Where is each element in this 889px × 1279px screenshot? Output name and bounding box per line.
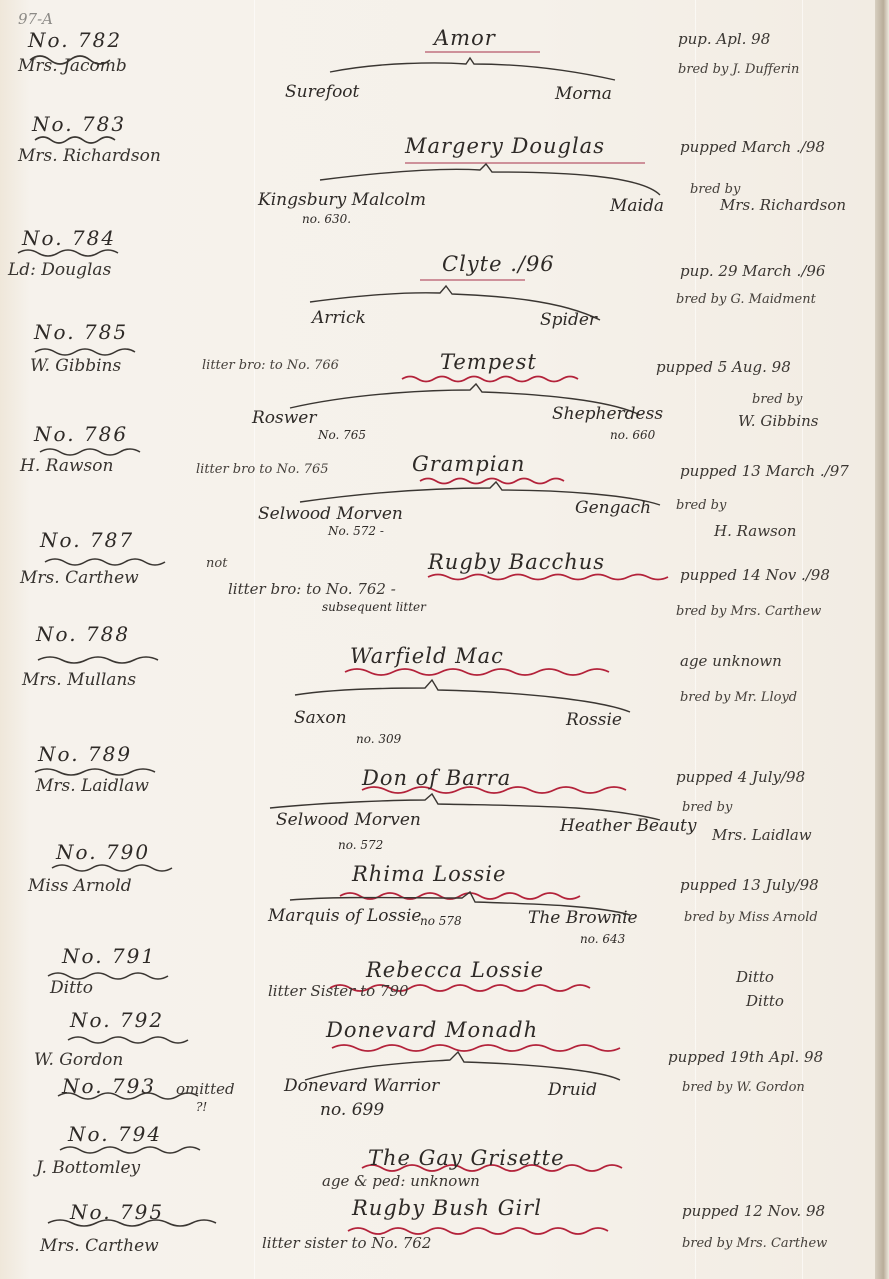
breeder-note: bred by Miss Arnold bbox=[684, 910, 818, 925]
sire-number: No. 572 - bbox=[328, 524, 384, 538]
owner: Mrs. Carthew bbox=[40, 1236, 159, 1256]
owner: Mrs. Mullans bbox=[22, 670, 136, 690]
litter-note-prefix: not bbox=[206, 556, 227, 571]
folio-number: 97-A bbox=[18, 10, 53, 28]
breeder-note: bred by Mrs. Carthew bbox=[682, 1236, 827, 1251]
whelp-note: pupped 5 Aug. 98 bbox=[656, 358, 791, 376]
whelp-note: pupped 19th Apl. 98 bbox=[668, 1048, 823, 1066]
breeder-note: bred by Mrs. Carthew bbox=[676, 604, 821, 619]
owner: W. Gibbins bbox=[30, 356, 121, 376]
age-note: age & ped: unknown bbox=[322, 1172, 480, 1190]
dog-name: Rhima Lossie bbox=[352, 862, 506, 886]
litter-note: litter bro: to No. 766 bbox=[202, 358, 339, 373]
sire: Selwood Morven bbox=[258, 504, 403, 524]
sire-number: no. 309 bbox=[356, 732, 401, 746]
breeder-note: bred by J. Dufferin bbox=[678, 62, 799, 77]
sire: Donevard Warrior bbox=[284, 1076, 439, 1096]
dam: Druid bbox=[548, 1080, 597, 1100]
dog-name: Tempest bbox=[440, 350, 537, 374]
dam-number: no. 643 bbox=[580, 932, 625, 946]
whelp-note: pupped March ./98 bbox=[680, 138, 825, 156]
breeder-note: bred by G. Maidment bbox=[676, 292, 816, 307]
owner: Mrs. Carthew bbox=[20, 568, 139, 588]
entry-number: No. 793 bbox=[62, 1074, 156, 1098]
owner: H. Rawson bbox=[20, 456, 113, 476]
owner: Mrs. Richardson bbox=[18, 146, 161, 166]
entry-number: No. 791 bbox=[62, 944, 156, 968]
owner: Mrs. Laidlaw bbox=[36, 776, 149, 796]
dog-name: Warfield Mac bbox=[350, 644, 504, 668]
whelp-note: pupped 4 July/98 bbox=[676, 768, 805, 786]
entry-number: No. 788 bbox=[36, 622, 130, 646]
whelp-note: pup. Apl. 98 bbox=[678, 30, 770, 48]
sire: Roswer bbox=[252, 408, 317, 428]
dam: The Brownie bbox=[528, 908, 638, 928]
dam: Rossie bbox=[566, 710, 622, 730]
entry-number: No. 795 bbox=[70, 1200, 164, 1224]
breeder-note: Mrs. Laidlaw bbox=[712, 826, 812, 844]
sire: Saxon bbox=[294, 708, 347, 728]
dog-name: Margery Douglas bbox=[405, 134, 605, 158]
whelp-note: pup. 29 March ./96 bbox=[680, 262, 825, 280]
dog-name: Amor bbox=[434, 26, 496, 50]
dog-name: Grampian bbox=[412, 452, 525, 476]
whelp-note: pupped 13 July/98 bbox=[680, 876, 819, 894]
sire: Marquis of Lossie bbox=[268, 906, 421, 926]
bred-by-label: bred by bbox=[752, 392, 802, 407]
ditto-note: Ditto bbox=[746, 992, 784, 1010]
omitted-mark: ?! bbox=[196, 1100, 207, 1114]
owner: Ld: Douglas bbox=[8, 260, 111, 280]
sire-line2: no. 699 bbox=[320, 1100, 384, 1120]
entry-number: No. 783 bbox=[32, 112, 126, 136]
dam: Spider bbox=[540, 310, 597, 330]
sire-number: no. 572 bbox=[338, 838, 383, 852]
litter-note: litter bro: to No. 762 - bbox=[228, 580, 396, 598]
dam: Maida bbox=[610, 196, 664, 216]
litter-note: litter sister to No. 762 bbox=[262, 1234, 431, 1252]
dam-number: no. 660 bbox=[610, 428, 655, 442]
sire: Kingsbury Malcolm bbox=[258, 190, 426, 210]
dog-name: Clyte ./96 bbox=[442, 252, 555, 276]
omitted-note: omitted bbox=[176, 1080, 235, 1098]
breeder-note: bred by Mr. Lloyd bbox=[680, 690, 797, 705]
entry-number: No. 790 bbox=[56, 840, 150, 864]
dog-name: Don of Barra bbox=[362, 766, 511, 790]
entry-number: No. 787 bbox=[40, 528, 134, 552]
litter-note: litter bro to No. 765 bbox=[196, 462, 329, 477]
dog-name: Rugby Bacchus bbox=[428, 550, 605, 574]
litter-sub-note: subsequent litter bbox=[322, 600, 426, 614]
litter-note: litter Sister to 790 bbox=[268, 982, 409, 1000]
dog-name: Rebecca Lossie bbox=[366, 958, 544, 982]
entry-number: No. 794 bbox=[68, 1122, 162, 1146]
sire-number: no. 630. bbox=[302, 212, 351, 226]
breeder-note: W. Gibbins bbox=[738, 412, 818, 430]
dog-name: Donevard Monadh bbox=[326, 1018, 538, 1042]
dam: Gengach bbox=[575, 498, 651, 518]
dam: Shepherdess bbox=[552, 404, 663, 424]
whelp-note: pupped 13 March ./97 bbox=[680, 462, 849, 480]
breeder-note: Mrs. Richardson bbox=[720, 196, 846, 214]
bred-by-label: bred by bbox=[690, 182, 740, 197]
entry-number: No. 782 bbox=[28, 28, 122, 52]
breeder-note: H. Rawson bbox=[714, 522, 796, 540]
sire: Arrick bbox=[312, 308, 366, 328]
bred-by-label: bred by bbox=[682, 800, 732, 815]
entry-number: No. 784 bbox=[22, 226, 116, 250]
age-note: age unknown bbox=[680, 652, 782, 670]
sire: Surefoot bbox=[285, 82, 359, 102]
dog-name: Rugby Bush Girl bbox=[352, 1196, 542, 1220]
entry-number: No. 789 bbox=[38, 742, 132, 766]
dam: Morna bbox=[555, 84, 612, 104]
owner: Miss Arnold bbox=[28, 876, 132, 896]
owner: Ditto bbox=[50, 978, 93, 998]
sire-number: No. 765 bbox=[318, 428, 366, 442]
sire: Selwood Morven bbox=[276, 810, 421, 830]
ditto-note: Ditto bbox=[736, 968, 774, 986]
entry-number: No. 785 bbox=[34, 320, 128, 344]
dog-name: The Gay Grisette bbox=[368, 1146, 565, 1170]
sire-number: no 578 bbox=[420, 914, 462, 928]
entry-number: No. 786 bbox=[34, 422, 128, 446]
dam: Heather Beauty bbox=[560, 816, 696, 836]
owner: Mrs. Jacomb bbox=[18, 56, 127, 76]
owner: J. Bottomley bbox=[36, 1158, 140, 1178]
entry-number: No. 792 bbox=[70, 1008, 164, 1032]
whelp-note: pupped 14 Nov ./98 bbox=[680, 566, 830, 584]
owner: W. Gordon bbox=[34, 1050, 123, 1070]
breeder-note: bred by W. Gordon bbox=[682, 1080, 805, 1095]
bred-by-label: bred by bbox=[676, 498, 726, 513]
whelp-note: pupped 12 Nov. 98 bbox=[682, 1202, 825, 1220]
